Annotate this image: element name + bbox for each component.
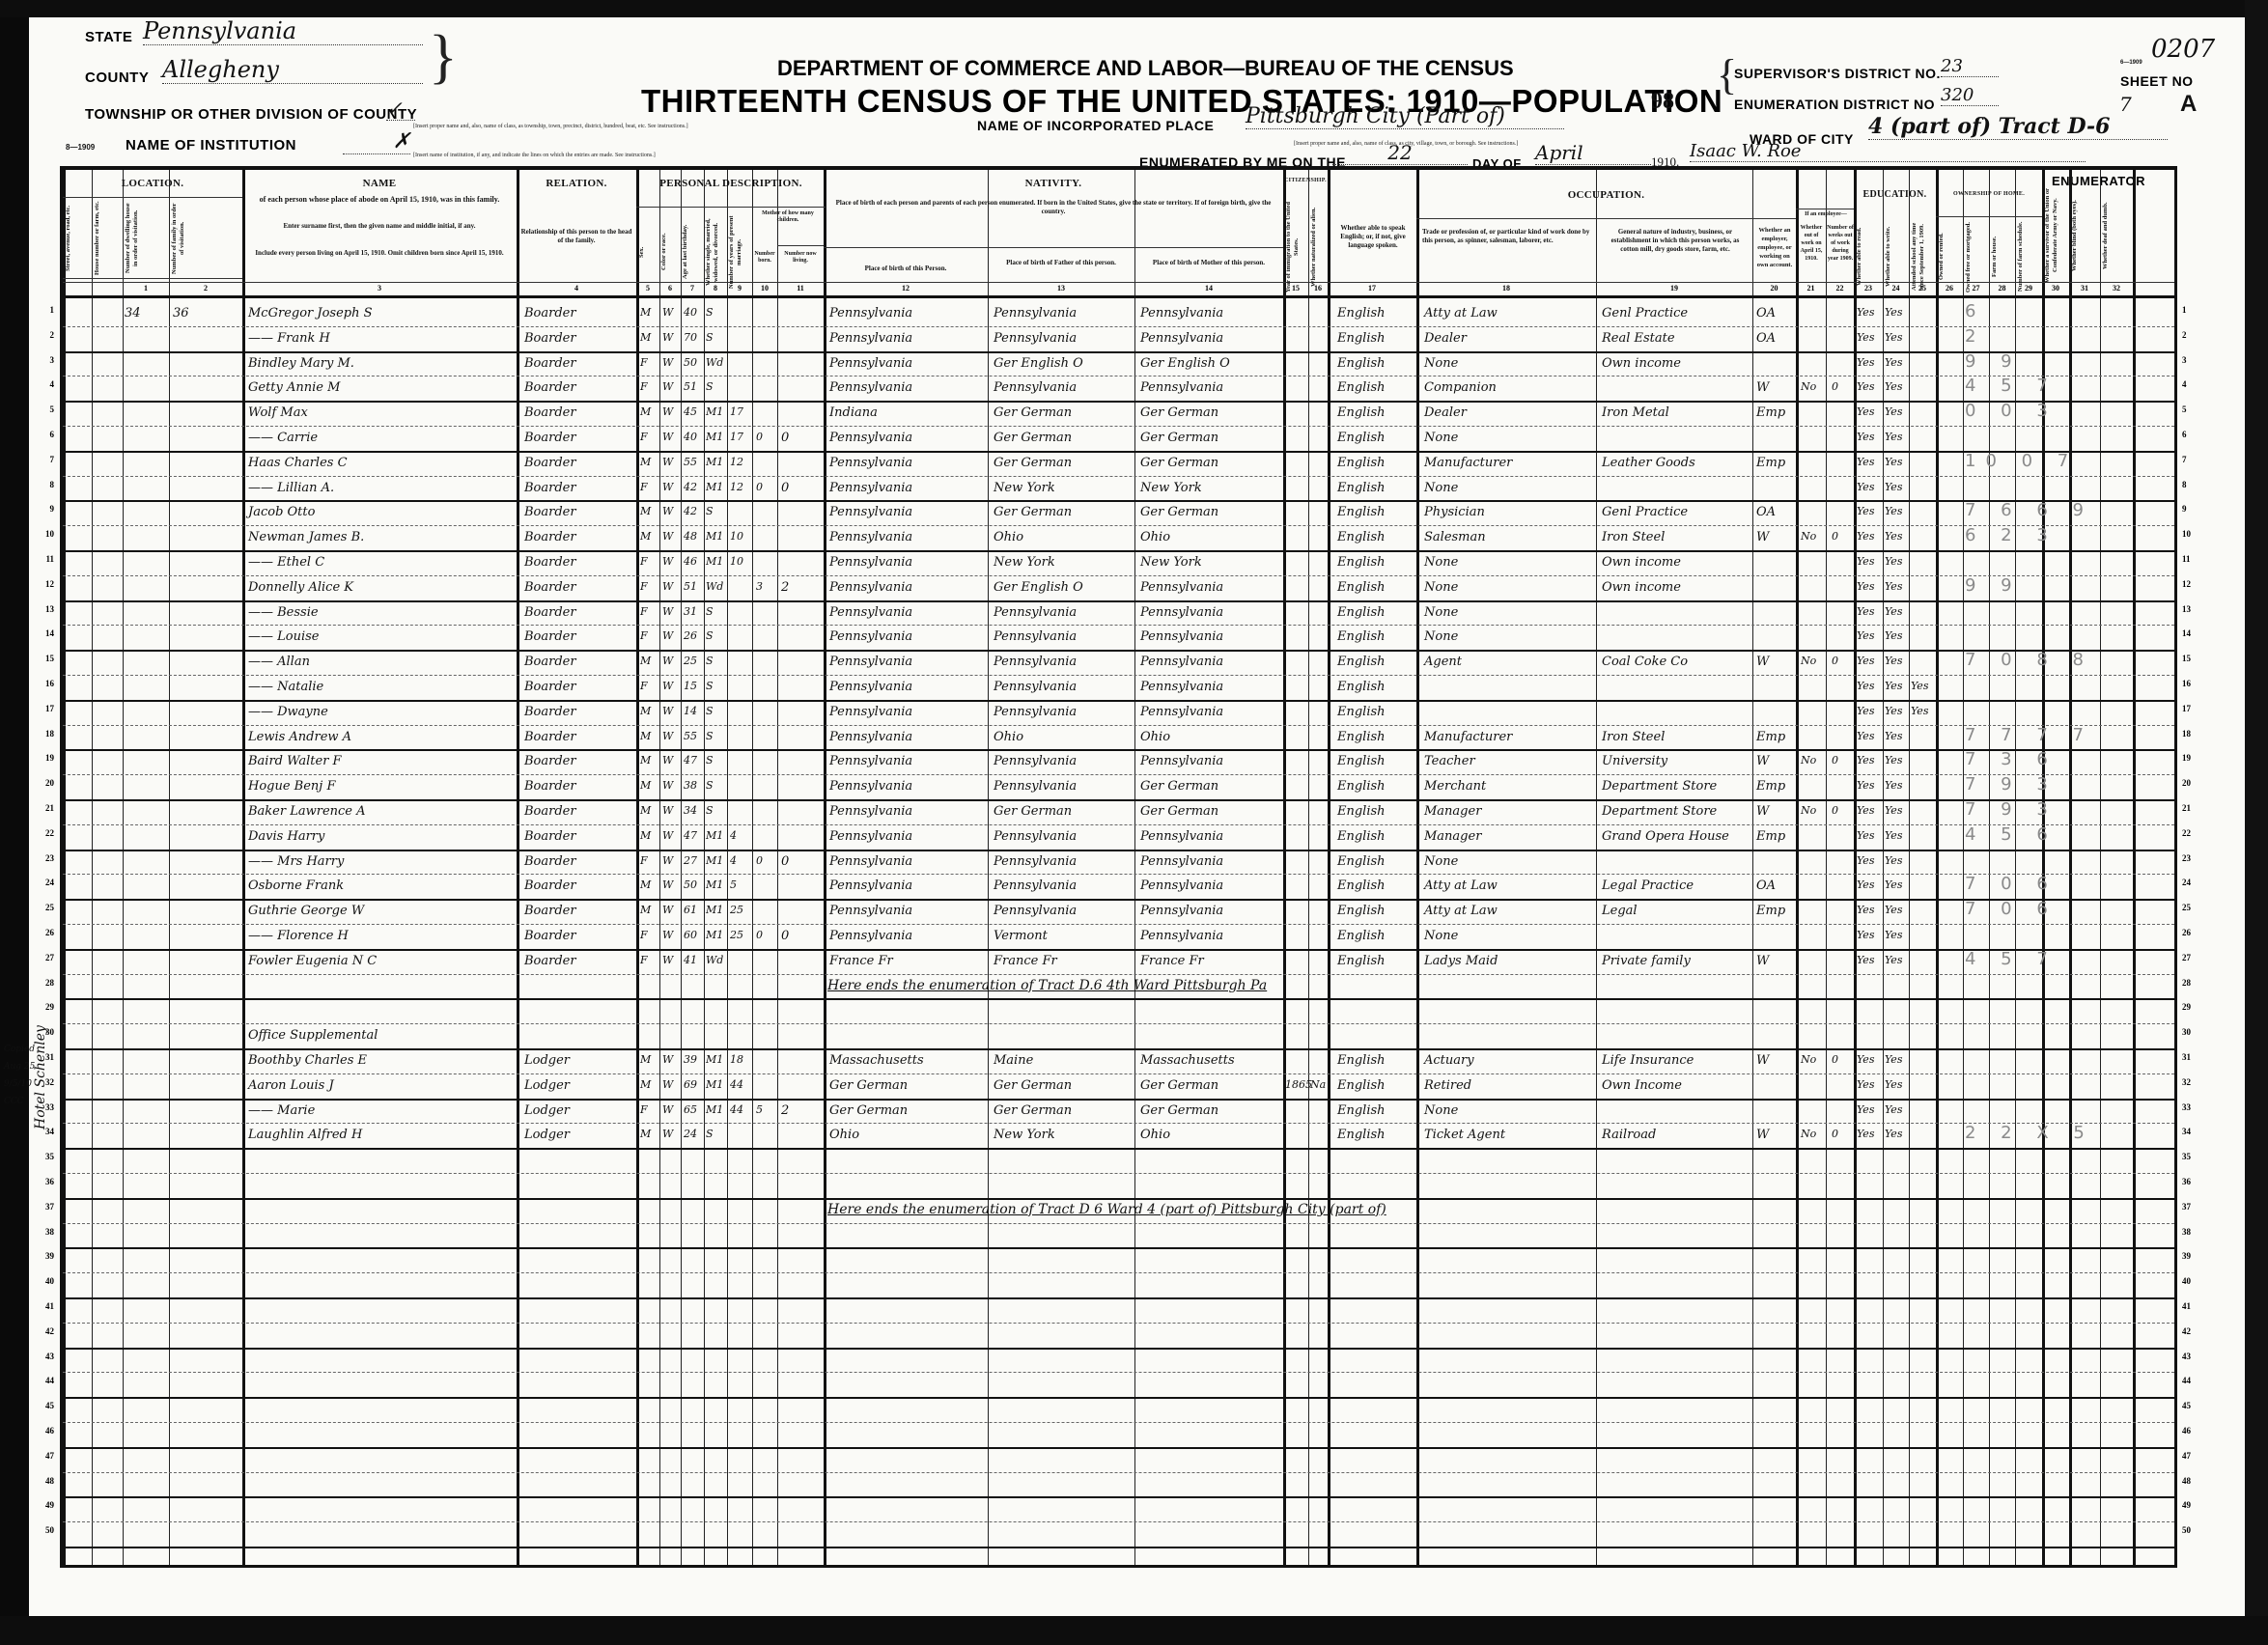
township-value: ✓ — [386, 97, 415, 121]
race-cell: W — [662, 804, 673, 817]
birthplace-cell: Pennsylvania — [829, 331, 912, 346]
children-born-cell: 0 — [756, 854, 763, 867]
can-write-cell: Yes — [1885, 505, 1902, 517]
line-number: 18 — [2182, 729, 2199, 739]
enumerated-day: 22 — [1332, 141, 1468, 165]
can-write-cell: Yes — [1885, 655, 1902, 667]
frame-number: 0207 — [2151, 35, 2215, 64]
age-cell: 46 — [684, 555, 697, 568]
father-birthplace-cell: Ohio — [994, 530, 1023, 544]
can-read-cell: Yes — [1857, 854, 1874, 867]
colnum-11: 11 — [777, 284, 824, 293]
race-cell: W — [662, 555, 673, 568]
row-rule — [63, 1148, 2174, 1150]
marital-status-cell: M1 — [706, 878, 723, 891]
age-cell: 70 — [684, 331, 697, 344]
mother-birthplace-cell: Massachusetts — [1140, 1053, 1235, 1068]
can-read-cell: Yes — [1857, 954, 1874, 966]
years-married-cell: 10 — [730, 530, 743, 543]
trade-cell: Atty at Law — [1424, 904, 1498, 918]
marital-status-cell: M1 — [706, 431, 723, 443]
mother-birthplace-cell: Ger German — [1140, 405, 1218, 420]
industry-cell: Real Estate — [1602, 331, 1675, 346]
person-name-cell: Baird Walter F — [248, 754, 342, 768]
line-number: 15 — [37, 654, 54, 663]
father-birthplace-cell: Pennsylvania — [994, 380, 1077, 395]
mother-birthplace-cell: Ger German — [1140, 779, 1218, 794]
employer-status-cell: OA — [1756, 878, 1776, 893]
person-name-cell: —— Dwayne — [248, 705, 328, 719]
employer-status-cell: W — [1756, 655, 1769, 669]
industry-cell: Iron Steel — [1602, 530, 1665, 544]
line-number: 49 — [2182, 1500, 2199, 1510]
line-number: 32 — [2182, 1077, 2199, 1087]
line-number: 28 — [37, 978, 54, 988]
marital-status-cell: S — [706, 754, 714, 767]
years-married-cell: 25 — [730, 904, 743, 916]
pencil-codes-cell: 0 0 3 — [1965, 401, 2058, 421]
person-name-cell: —— Ethel C — [248, 555, 324, 570]
father-birthplace-cell: Ger German — [994, 804, 1072, 819]
years-married-cell: 4 — [730, 829, 737, 842]
can-write-cell: Yes — [1885, 331, 1902, 344]
birthplace-cell: Ger German — [829, 1103, 908, 1118]
sex-cell: F — [640, 1103, 648, 1116]
incorporated-place-value: Pittsburgh City (Part of) — [1246, 104, 1564, 129]
relation-cell: Boarder — [524, 331, 576, 346]
row-rule — [63, 1272, 2174, 1273]
marital-status-cell: M1 — [706, 1053, 723, 1066]
father-birthplace-cell: Pennsylvania — [994, 306, 1077, 321]
sex-cell: M — [640, 829, 651, 842]
colnum-27: 27 — [1963, 284, 1989, 293]
relation-cell: Boarder — [524, 629, 576, 644]
relation-cell: Boarder — [524, 555, 576, 570]
industry-cell: Department Store — [1602, 779, 1717, 794]
race-cell: W — [662, 1078, 673, 1091]
family-col-header: Number of family in order of visitation. — [171, 201, 240, 276]
birthplace-cell: Pennsylvania — [829, 779, 912, 794]
employer-status-cell: Emp — [1756, 829, 1785, 844]
line-number: 23 — [37, 853, 54, 863]
children-living-cell: 0 — [781, 854, 789, 869]
line-number: 26 — [37, 928, 54, 937]
enumeration-end-note: Here ends the enumeration of Tract D.6 4… — [827, 978, 1267, 993]
language-cell: English — [1337, 356, 1386, 371]
birthplace-cell: Pennsylvania — [829, 655, 912, 669]
father-birthplace-cell: Pennsylvania — [994, 854, 1077, 869]
father-birthplace-cell: Vermont — [994, 929, 1048, 943]
trade-cell: None — [1424, 580, 1458, 595]
can-read-cell: Yes — [1857, 505, 1874, 517]
relation-cell: Boarder — [524, 754, 576, 768]
years-married-cell: 5 — [730, 878, 737, 891]
person-name-cell: Wolf Max — [248, 405, 308, 420]
can-read-cell: Yes — [1857, 380, 1874, 393]
line-number: 50 — [2182, 1525, 2199, 1535]
sex-cell: M — [640, 505, 651, 517]
mother-birthplace-cell: Pennsylvania — [1140, 904, 1223, 918]
sex-cell: M — [640, 904, 651, 916]
line-number: 20 — [2182, 778, 2199, 788]
row-rule — [63, 625, 2174, 626]
industry-cell: Legal Practice — [1602, 878, 1694, 893]
mother-birthplace-cell: Ohio — [1140, 530, 1170, 544]
children-born-cell: 0 — [756, 929, 763, 941]
line-number: 1 — [2182, 305, 2199, 315]
age-cell: 15 — [684, 680, 697, 692]
line-number: 42 — [37, 1326, 54, 1336]
pencil-codes-cell: 7 0 8 8 — [1965, 650, 2093, 670]
colnum-17: 17 — [1328, 284, 1416, 293]
can-write-cell: Yes — [1885, 730, 1902, 742]
colnum-25: 25 — [1909, 284, 1936, 293]
father-birthplace-cell: Pennsylvania — [994, 705, 1077, 719]
colnum-12: 12 — [824, 284, 988, 293]
years-married-cell: 4 — [730, 854, 737, 867]
row-rule — [63, 500, 2174, 502]
line-number: 4 — [2182, 379, 2199, 389]
employer-status-cell: W — [1756, 530, 1769, 544]
pencil-codes-cell: 7 0 6 — [1965, 874, 2058, 894]
can-write-cell: Yes — [1885, 555, 1902, 568]
immigration-year-header: Year of immigration to the United States… — [1285, 201, 1306, 293]
institution-value: ✗ — [343, 129, 410, 154]
pencil-codes-cell: 9 9 — [1965, 575, 2022, 596]
row-rule — [63, 725, 2174, 726]
can-write-cell: Yes — [1885, 904, 1902, 916]
father-birthplace-cell: New York — [994, 481, 1055, 495]
row-rule — [63, 575, 2174, 576]
line-number: 10 — [37, 529, 54, 539]
line-number: 14 — [2182, 628, 2199, 638]
age-cell: 39 — [684, 1053, 697, 1066]
mother-birthplace-cell: Ger German — [1140, 1103, 1218, 1118]
out-of-work-header: Whether out of work on April 15, 1910. — [1798, 224, 1825, 263]
out-of-work-cell: No — [1801, 530, 1816, 543]
father-birthplace-cell: Ohio — [994, 730, 1023, 744]
can-write-cell: Yes — [1885, 605, 1902, 618]
years-married-cell: 10 — [730, 555, 743, 568]
relation-cell: Lodger — [524, 1103, 570, 1118]
pencil-codes-cell: 7 0 6 — [1965, 899, 2058, 919]
trade-cell: Teacher — [1424, 754, 1475, 768]
citizenship-heading: CITIZENSHIP. — [1283, 178, 1328, 183]
trade-cell: None — [1424, 929, 1458, 943]
father-birthplace-cell: Ger German — [994, 1103, 1072, 1118]
line-number: 47 — [2182, 1451, 2199, 1461]
person-name-cell: Newman James B. — [248, 530, 364, 544]
employer-status-cell: OA — [1756, 505, 1776, 519]
industry-cell: Genl Practice — [1602, 505, 1688, 519]
marital-status-cell: S — [706, 779, 714, 792]
mother-of-header: Mother of how many children. — [754, 210, 822, 224]
township-label: TOWNSHIP OR OTHER DIVISION OF COUNTY — [85, 106, 417, 123]
colnum-7: 7 — [681, 284, 704, 293]
age-cell: 45 — [684, 405, 697, 418]
language-cell: English — [1337, 1128, 1386, 1142]
trade-cell: Agent — [1424, 655, 1462, 669]
relation-cell: Lodger — [524, 1053, 570, 1068]
pencil-codes-cell: 2 — [1965, 326, 1985, 347]
line-number: 6 — [37, 430, 54, 439]
race-cell: W — [662, 754, 673, 767]
birthplace-cell: Pennsylvania — [829, 481, 912, 495]
race-cell: W — [662, 356, 673, 369]
line-number: 21 — [2182, 803, 2199, 813]
scan-border-right — [2245, 0, 2268, 1645]
line-number: 38 — [2182, 1227, 2199, 1237]
can-write-cell: Yes — [1885, 754, 1902, 767]
birthplace-cell: Pennsylvania — [829, 829, 912, 844]
birthplace-cell: Pennsylvania — [829, 555, 912, 570]
can-read-cell: Yes — [1857, 680, 1874, 692]
person-name-cell: Laughlin Alfred H — [248, 1128, 362, 1142]
person-name-cell: —— Florence H — [248, 929, 349, 943]
age-cell: 51 — [684, 380, 697, 393]
relation-cell: Boarder — [524, 730, 576, 744]
father-birthplace-cell: Pennsylvania — [994, 754, 1077, 768]
relation-cell: Boarder — [524, 356, 576, 371]
line-number: 22 — [2182, 828, 2199, 838]
can-write-cell: Yes — [1885, 629, 1902, 642]
person-name-cell: —— Mrs Harry — [248, 854, 344, 869]
can-read-cell: Yes — [1857, 705, 1874, 717]
trade-header: Trade or profession of, or particular ki… — [1422, 228, 1592, 245]
school-header: Attended school any time since September… — [1911, 220, 1934, 293]
mother-birthplace-cell: Ger English O — [1140, 356, 1230, 371]
industry-cell: Coal Coke Co — [1602, 655, 1688, 669]
can-read-cell: Yes — [1857, 580, 1874, 593]
trade-cell: None — [1424, 854, 1458, 869]
age-cell: 65 — [684, 1103, 697, 1116]
race-cell: W — [662, 954, 673, 966]
mother-birthplace-cell: Pennsylvania — [1140, 705, 1223, 719]
marital-status-cell: S — [706, 705, 714, 717]
can-write-cell: Yes — [1885, 1053, 1902, 1066]
deaf-dumb-header: Whether deaf and dumb. — [2102, 178, 2131, 293]
employer-status-cell: W — [1756, 754, 1769, 768]
weeks-out-cell: 0 — [1832, 530, 1838, 543]
weeks-out-header: Number of weeks out of work during year … — [1827, 224, 1854, 263]
can-read-cell: Yes — [1857, 829, 1874, 842]
language-cell: English — [1337, 629, 1386, 644]
line-number: 44 — [2182, 1376, 2199, 1385]
state-label: STATE — [85, 29, 132, 45]
pencil-codes-cell: 7 7 7 7 — [1965, 725, 2093, 745]
can-read-cell: Yes — [1857, 1053, 1874, 1066]
industry-cell: Life Insurance — [1602, 1053, 1694, 1068]
colnum-5: 5 — [636, 284, 659, 293]
mother-birthplace-cell: France Fr — [1140, 954, 1204, 968]
line-number: 46 — [2182, 1426, 2199, 1436]
age-cell: 41 — [684, 954, 697, 966]
person-name-cell: —— Marie — [248, 1103, 315, 1118]
line-number: 6 — [2182, 430, 2199, 439]
row-rule — [63, 451, 2174, 453]
line-number: 8 — [2182, 480, 2199, 489]
institution-label: NAME OF INSTITUTION — [126, 137, 296, 153]
marital-status-cell: S — [706, 380, 714, 393]
pencil-codes-cell: 7 6 6 9 — [1965, 500, 2093, 520]
language-cell: English — [1337, 754, 1386, 768]
age-cell: 27 — [684, 854, 697, 867]
row-rule — [63, 1073, 2174, 1074]
can-read-cell: Yes — [1857, 481, 1874, 493]
father-birthplace-cell: Pennsylvania — [994, 779, 1077, 794]
line-number: 29 — [2182, 1002, 2199, 1012]
out-of-work-cell: No — [1801, 380, 1816, 393]
sex-cell: F — [640, 356, 648, 369]
language-cell: English — [1337, 555, 1386, 570]
family-number-cell: 36 — [173, 306, 189, 321]
line-number: 11 — [37, 554, 54, 564]
marital-status-cell: Wd — [706, 580, 723, 593]
father-birthplace-cell: Ger German — [994, 505, 1072, 519]
row-rule — [63, 949, 2174, 951]
stamp-number: 98 — [1651, 89, 1674, 115]
colnum-16: 16 — [1308, 284, 1328, 293]
row-rule — [63, 1397, 2174, 1399]
occupation-heading: OCCUPATION. — [1416, 189, 1796, 201]
age-cell: 34 — [684, 804, 697, 817]
language-cell: English — [1337, 804, 1386, 819]
form-number: 8—1909 — [66, 143, 95, 152]
street-col-header: Street, avenue, road, etc. — [65, 201, 90, 276]
veteran-header: Whether a survivor of the Union or Confe… — [2044, 178, 2067, 293]
line-number: 41 — [2182, 1301, 2199, 1311]
supervisor-district-label: SUPERVISOR'S DISTRICT NO. — [1734, 66, 1941, 81]
county-value: Allegheny — [162, 56, 423, 84]
line-number: 12 — [2182, 579, 2199, 589]
row-rule — [63, 700, 2174, 702]
pencil-codes-cell: 10 0 7 — [1965, 451, 2078, 471]
trade-cell: Salesman — [1424, 530, 1486, 544]
birthplace-cell: Pennsylvania — [829, 730, 912, 744]
person-name-cell: McGregor Joseph S — [248, 306, 373, 321]
can-read-cell: Yes — [1857, 555, 1874, 568]
birthplace-cell: Pennsylvania — [829, 605, 912, 620]
race-cell: W — [662, 1103, 673, 1116]
birthplace-cell: Pennsylvania — [829, 629, 912, 644]
pencil-codes-cell: 6 — [1965, 301, 1985, 321]
age-cell: 14 — [684, 705, 697, 717]
age-cell: 51 — [684, 580, 697, 593]
race-cell: W — [662, 680, 673, 692]
can-read-cell: Yes — [1857, 878, 1874, 891]
census-table: LOCATION. Street, avenue, road, etc. Hou… — [60, 166, 2177, 1568]
trade-cell: Ticket Agent — [1424, 1128, 1505, 1142]
children-born-cell: 5 — [756, 1103, 763, 1116]
birthplace-cell: Pennsylvania — [829, 929, 912, 943]
father-birthplace-cell: Ger English O — [994, 580, 1083, 595]
marital-status-cell: S — [706, 629, 714, 642]
industry-cell: Own Income — [1602, 1078, 1682, 1093]
can-read-cell: Yes — [1857, 804, 1874, 817]
line-number: 24 — [2182, 878, 2199, 887]
years-married-cell: 44 — [730, 1103, 743, 1116]
children-born-header: Number born. — [753, 251, 776, 265]
can-read-cell: Yes — [1857, 530, 1874, 543]
line-number: 23 — [2182, 853, 2199, 863]
colnum-28: 28 — [1989, 284, 2015, 293]
relation-cell: Boarder — [524, 954, 576, 968]
row-rule — [63, 1223, 2174, 1224]
birthplace-cell: Pennsylvania — [829, 680, 912, 694]
sex-cell: M — [640, 655, 651, 667]
birthplace-cell: Pennsylvania — [829, 356, 912, 371]
marital-status-cell: M1 — [706, 456, 723, 468]
language-cell: English — [1337, 1078, 1386, 1093]
can-write-cell: Yes — [1885, 456, 1902, 468]
language-cell: English — [1337, 481, 1386, 495]
mother-birthplace-cell: Pennsylvania — [1140, 929, 1223, 943]
colnum-14: 14 — [1134, 284, 1283, 293]
can-read-cell: Yes — [1857, 1128, 1874, 1140]
trade-cell: Atty at Law — [1424, 878, 1498, 893]
person-name-cell: Office Supplemental — [248, 1028, 378, 1043]
father-birthplace-cell: Ger German — [994, 1078, 1072, 1093]
person-name-cell: Lewis Andrew A — [248, 730, 351, 744]
row-rule — [63, 1123, 2174, 1124]
sex-cell: M — [640, 331, 651, 344]
line-number: 28 — [2182, 978, 2199, 988]
marital-status-cell: S — [706, 680, 714, 692]
mother-birthplace-cell: Pennsylvania — [1140, 754, 1223, 768]
row-rule — [63, 1521, 2174, 1522]
can-read-cell: Yes — [1857, 331, 1874, 344]
father-birthplace-cell: New York — [994, 1128, 1055, 1142]
employer-status-cell: W — [1756, 1053, 1769, 1068]
race-cell: W — [662, 929, 673, 941]
race-cell: W — [662, 481, 673, 493]
marital-col-header: Whether single, married, widowed, or div… — [705, 210, 726, 293]
line-number: 24 — [37, 878, 54, 887]
line-number: 47 — [37, 1451, 54, 1461]
row-rule — [63, 376, 2174, 376]
can-write-cell: Yes — [1885, 680, 1902, 692]
row-rule — [63, 1447, 2174, 1449]
marital-status-cell: M1 — [706, 829, 723, 842]
line-number: 2 — [2182, 330, 2199, 340]
children-living-cell: 2 — [781, 1103, 789, 1118]
industry-cell: Railroad — [1602, 1128, 1656, 1142]
sheet-label: SHEET NO — [2120, 73, 2194, 89]
mother-birthplace-cell: Ohio — [1140, 1128, 1170, 1142]
line-number: 16 — [2182, 679, 2199, 688]
row-rule — [63, 1422, 2174, 1423]
line-number: 44 — [37, 1376, 54, 1385]
age-cell: 38 — [684, 779, 697, 792]
can-write-cell: Yes — [1885, 530, 1902, 543]
line-number: 9 — [37, 504, 54, 514]
relation-cell: Boarder — [524, 431, 576, 445]
relation-cell: Lodger — [524, 1128, 570, 1142]
can-read-cell: Yes — [1857, 904, 1874, 916]
line-number: 36 — [2182, 1177, 2199, 1186]
row-rule — [63, 1023, 2174, 1024]
pencil-codes-cell: 4 5 6 — [1965, 824, 2058, 845]
mother-birthplace-cell: Pennsylvania — [1140, 878, 1223, 893]
age-cell: 31 — [684, 605, 697, 618]
race-cell: W — [662, 431, 673, 443]
trade-cell: Ladys Maid — [1424, 954, 1498, 968]
trade-cell: Physician — [1424, 505, 1485, 519]
sex-cell: M — [640, 878, 651, 891]
name-desc-2: Enter surname first, then the given name… — [252, 222, 507, 231]
can-write-cell: Yes — [1885, 481, 1902, 493]
sex-cell: F — [640, 954, 648, 966]
